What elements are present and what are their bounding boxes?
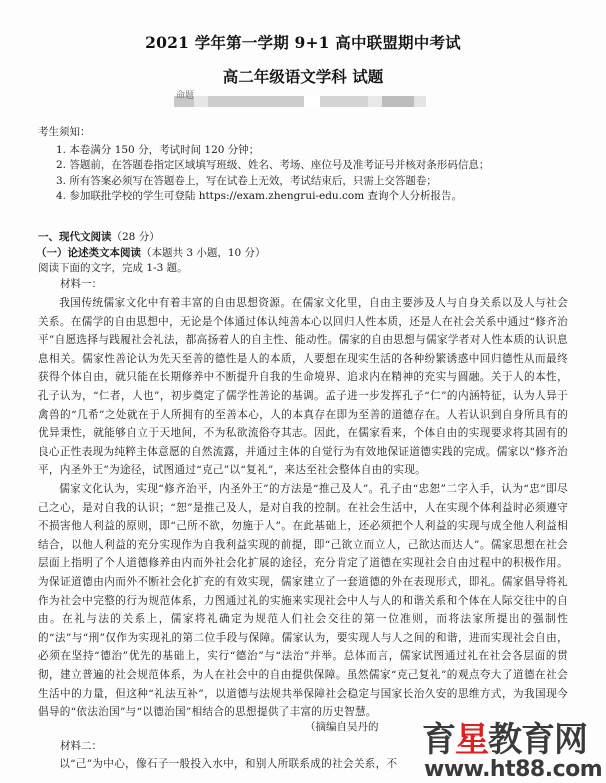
material-two-label: 材料二： <box>60 738 102 753</box>
instruction-item: 2. 答题前，在答题卷指定区域填写班级、姓名、考场、座位号及准考证号并核对条形码… <box>56 158 489 174</box>
site-watermark: 育星教育网 www.ht88.com <box>420 722 606 783</box>
instructions-list: 1. 本卷满分 150 分，考试时间 120 分钟； 2. 答题前，在答题卷指定… <box>56 143 489 205</box>
redaction-block <box>382 96 414 107</box>
instruction-item: 3. 所有答案必须写在答题卷上，写在试卷上无效，考试结束后，只需上交答题卷； <box>56 174 489 190</box>
material-one-label: 材料一： <box>60 277 266 293</box>
redaction-block <box>368 96 382 107</box>
watermark-chars: 教育网 <box>488 720 587 760</box>
redaction-gap <box>304 96 320 107</box>
section-heading-points: （28 分） <box>112 231 160 243</box>
redaction-block <box>414 96 426 107</box>
paragraph-text: 以“己”为中心，像石子一般投入水中，和别人所联系成的社会关系，不 <box>38 755 568 774</box>
reading-instruction: 阅读下面的文字，完成 1-3 题。 <box>38 261 266 277</box>
material-one-paragraph-2: 儒家文化认为，实现“修齐治平，内圣外王”的方法是“推己及人”。孔子由“忠恕”二字… <box>38 480 568 722</box>
exam-subtitle: 高二年级语文学科 试题 <box>0 65 606 87</box>
subsection-heading-points: （本题共 3 小题，10 分） <box>141 247 266 259</box>
redacted-label: 命题 <box>176 88 194 101</box>
watermark-char: 育 <box>422 720 455 760</box>
watermark-logo-text: 育星教育网 <box>422 722 587 758</box>
watermark-red-char: 星 <box>455 720 488 760</box>
instruction-item: 4. 参加联批学校的学生可登陆 https://exam.zhengrui-ed… <box>56 189 489 205</box>
exam-page: 2021 学年第一学期 9+1 高中联盟期中考试 高二年级语文学科 试题 命题 … <box>0 0 606 783</box>
subsection-heading-text: （一）论述类文本阅读 <box>36 247 141 259</box>
redaction-block <box>320 96 368 107</box>
section-heading: 一、现代文阅读（28 分） <box>38 230 266 246</box>
material-one-source: （摘编自吴丹的 <box>305 719 379 734</box>
material-one-paragraph-1: 我国传统儒家文化中有着丰富的自由思想资源。在儒家文化里，自由主要涉及人与自身关系… <box>38 294 568 480</box>
paragraph-text: 我国传统儒家文化中有着丰富的自由思想资源。在儒家文化里，自由主要涉及人与自身关系… <box>38 294 568 480</box>
redaction-block <box>194 96 208 107</box>
paragraph-text: 儒家文化认为，实现“修齐治平，内圣外王”的方法是“推己及人”。孔子由“忠恕”二字… <box>38 480 568 722</box>
redaction-block <box>208 96 304 107</box>
exam-instructions: 考生须知： 1. 本卷满分 150 分，考试时间 120 分钟； 2. 答题前，… <box>38 125 489 205</box>
section-header: 一、现代文阅读（28 分） （一）论述类文本阅读（本题共 3 小题，10 分） … <box>38 230 266 292</box>
redacted-author-line: 命题 <box>174 91 426 108</box>
instructions-title: 考生须知： <box>38 125 489 141</box>
exam-title: 2021 学年第一学期 9+1 高中联盟期中考试 <box>0 31 606 53</box>
material-two-paragraph-1: 以“己”为中心，像石子一般投入水中，和别人所联系成的社会关系，不 <box>38 755 568 774</box>
section-heading-text: 一、现代文阅读 <box>38 231 112 243</box>
instruction-item: 1. 本卷满分 150 分，考试时间 120 分钟； <box>56 143 489 159</box>
subsection-heading: （一）论述类文本阅读（本题共 3 小题，10 分） <box>36 246 266 262</box>
